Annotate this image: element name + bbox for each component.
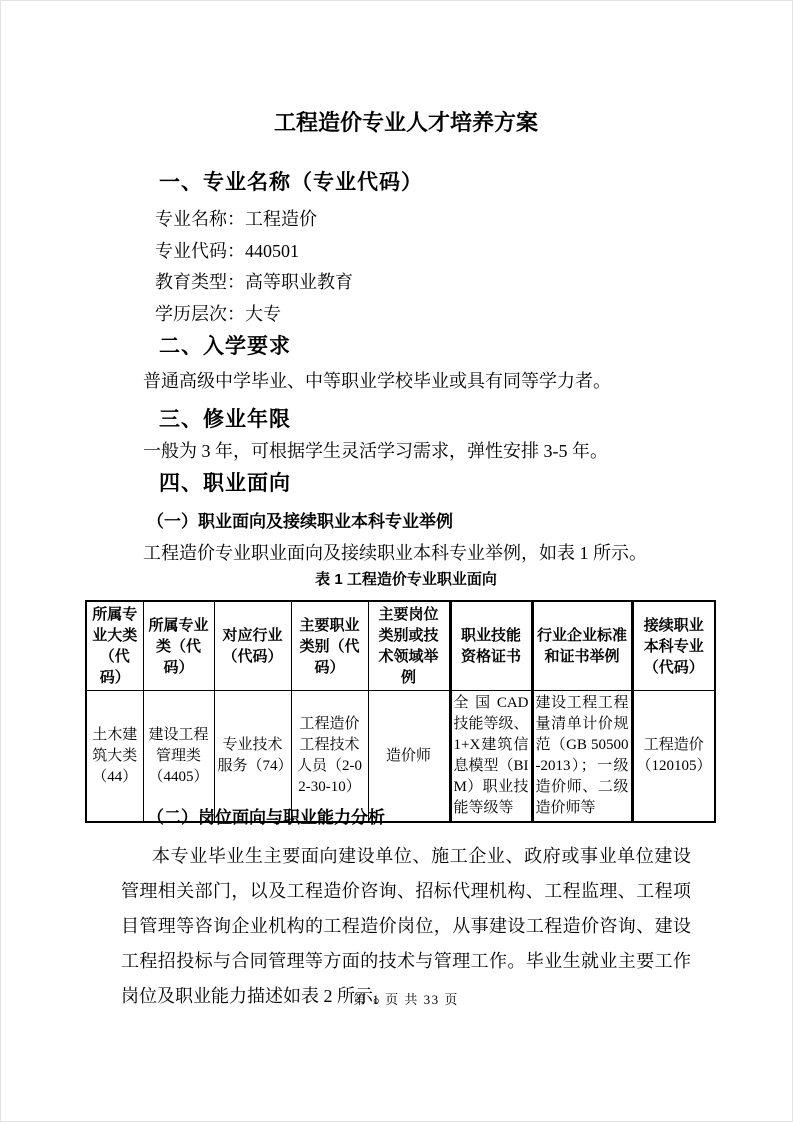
subsection-heading-1: （一）职业面向及接续职业本科专业举例 [147,511,453,533]
cell-occupation-class: 工程造价工程技术人员（2-02-30-10） [291,691,368,823]
subsection-heading-2: （二）岗位面向与职业能力分析 [147,807,385,829]
major-code-line: 专业代码：440501 [155,239,299,263]
cell-skill-certificates: 全国CAD技能等级、1+X建筑信息模型（BIM）职业技能等级等 [450,691,532,823]
header-occupation-class: 主要职业类别（代码） [291,601,368,691]
study-duration-text: 一般为 3 年，可根据学生灵活学习需求，弹性安排 3-5 年。 [143,439,608,463]
table-body-row: 土木建筑大类（44） 建设工程管理类（4405） 专业技术服务（74） 工程造价… [86,691,715,823]
document-title: 工程造价专业人才培养方案 [121,107,691,139]
section-heading-4: 四、职业面向 [159,471,291,497]
degree-level-line: 学历层次：大专 [155,302,281,326]
major-name-line: 专业名称：工程造价 [155,207,317,231]
cell-post-examples: 造价师 [368,691,450,823]
cell-continuing-bachelor: 工程造价（120105） [632,691,715,823]
table-header-row: 所属专业大类（代码） 所属专业类（代码） 对应行业（代码） 主要职业类别（代码）… [86,601,715,691]
employment-orientation-paragraph: 本专业毕业生主要面向建设单位、施工企业、政府或事业单位建设管理相关部门，以及工程… [121,839,691,1014]
header-standards-certificates: 行业企业标准和证书举例 [532,601,632,691]
occupation-orientation-table: 所属专业大类（代码） 所属专业类（代码） 对应行业（代码） 主要职业类别（代码）… [85,600,716,823]
header-post-examples: 主要岗位类别或技术领域举例 [368,601,450,691]
education-type-line: 教育类型：高等职业教育 [155,270,353,294]
cell-major-class: 建设工程管理类（4405） [143,691,214,823]
document-page: 工程造价专业人才培养方案 一、专业名称（专业代码） 专业名称：工程造价 专业代码… [0,0,793,1122]
cell-industry: 专业技术服务（74） [214,691,291,823]
cell-major-category: 土木建筑大类（44） [86,691,143,823]
section-heading-2: 二、入学要求 [159,334,291,360]
page-number-footer: 第 1 页 共 33 页 [121,991,691,1009]
admission-requirement-text: 普通高级中学毕业、中等职业学校毕业或具有同等学力者。 [143,369,611,393]
section-heading-3: 三、修业年限 [159,407,291,433]
cell-standards-certificates: 建设工程工程量清单计价规范（GB 50500-2013）；一级造价师、二级造价师… [532,691,632,823]
table-intro-text: 工程造价专业职业面向及接续职业本科专业举例，如表 1 所示。 [143,541,647,565]
header-major-class: 所属专业类（代码） [143,601,214,691]
header-industry: 对应行业（代码） [214,601,291,691]
table-caption: 表 1 工程造价专业职业面向 [121,570,691,590]
header-continuing-bachelor: 接续职业本科专业（代码） [632,601,715,691]
header-major-category: 所属专业大类（代码） [86,601,143,691]
header-skill-certificates: 职业技能资格证书 [450,601,532,691]
section-heading-1: 一、专业名称（专业代码） [159,170,423,196]
